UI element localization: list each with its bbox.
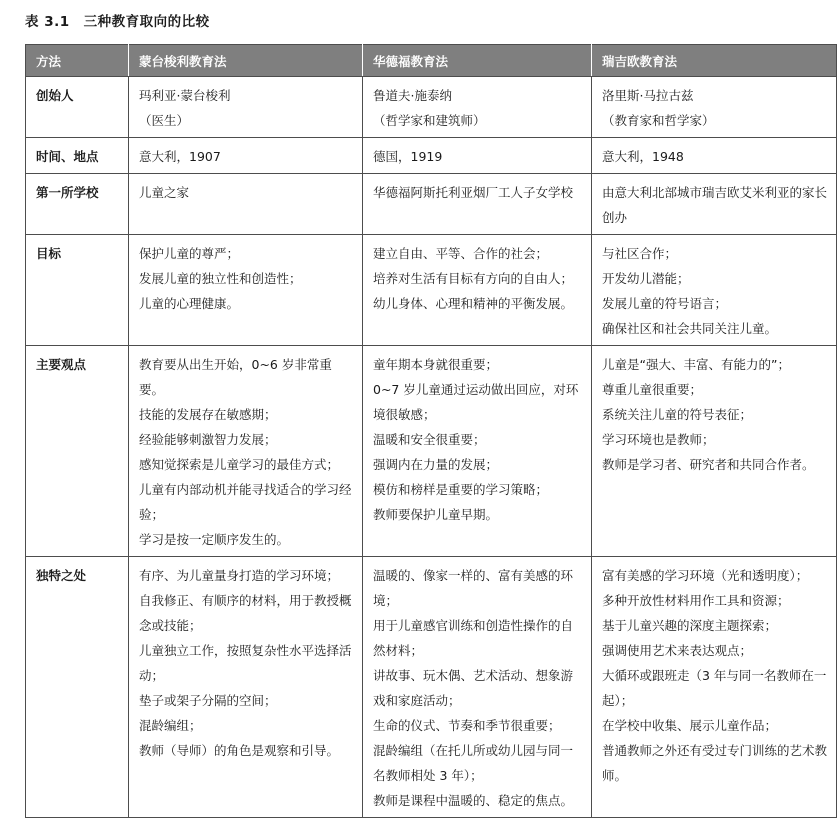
cell-line: 经验能够刺激智力发展； — [139, 427, 354, 452]
cell-line: 教师（导师）的角色是观察和引导。 — [139, 738, 354, 763]
cell-line: 技能的发展存在敏感期； — [139, 402, 354, 427]
cell-line: 垫子或架子分隔的空间； — [139, 688, 354, 713]
table-cell: 教育要从出生开始，0~6 岁非常重要。技能的发展存在敏感期；经验能够刺激智力发展… — [129, 346, 363, 557]
cell-line: 童年期本身就很重要； — [373, 352, 583, 377]
cell-line: 自我修正、有顺序的材料，用于教授概念或技能； — [139, 588, 354, 638]
table-cell: 与社区合作；开发幼儿潜能；发展儿童的符号语言；确保社区和社会共同关注儿童。 — [592, 235, 837, 346]
cell-line: 玛利亚·蒙台梭利 — [139, 83, 354, 108]
cell-line: 儿童的心理健康。 — [139, 291, 354, 316]
cell-line: （教育家和哲学家） — [602, 108, 828, 133]
cell-line: 开发幼儿潜能； — [602, 266, 828, 291]
cell-line: 感知觉探索是儿童学习的最佳方式； — [139, 452, 354, 477]
cell-line: 儿童之家 — [139, 180, 354, 205]
cell-line: 教师是学习者、研究者和共同合作者。 — [602, 452, 828, 477]
table-cell: 保护儿童的尊严；发展儿童的独立性和创造性；儿童的心理健康。 — [129, 235, 363, 346]
row-label: 创始人 — [26, 77, 129, 138]
table-cell: 有序、为儿童量身打造的学习环境；自我修正、有顺序的材料，用于教授概念或技能；儿童… — [129, 557, 363, 818]
cell-line: 用于儿童感官训练和创造性操作的自然材料； — [373, 613, 583, 663]
column-header-reggio: 瑞吉欧教育法 — [592, 45, 837, 77]
cell-line: 混龄编组； — [139, 713, 354, 738]
table-cell: 富有美感的学习环境（光和透明度）；多种开放性材料用作工具和资源；基于儿童兴趣的深… — [592, 557, 837, 818]
cell-line: 教师要保护儿童早期。 — [373, 502, 583, 527]
column-header-montessori: 蒙台梭利教育法 — [129, 45, 363, 77]
cell-line: 温暖的、像家一样的、富有美感的环境； — [373, 563, 583, 613]
table-cell: 洛里斯·马拉古兹（教育家和哲学家） — [592, 77, 837, 138]
table-cell: 华德福阿斯托利亚烟厂工人子女学校 — [363, 174, 592, 235]
column-header-method: 方法 — [26, 45, 129, 77]
row-label: 主要观点 — [26, 346, 129, 557]
cell-line: 建立自由、平等、合作的社会； — [373, 241, 583, 266]
table-cell: 儿童之家 — [129, 174, 363, 235]
table-cell: 由意大利北部城市瑞吉欧艾米利亚的家长创办 — [592, 174, 837, 235]
table-cell: 意大利，1948 — [592, 138, 837, 174]
cell-line: 保护儿童的尊严； — [139, 241, 354, 266]
cell-line: 鲁道夫·施泰纳 — [373, 83, 583, 108]
table-row: 第一所学校儿童之家华德福阿斯托利亚烟厂工人子女学校由意大利北部城市瑞吉欧艾米利亚… — [26, 174, 837, 235]
cell-line: （医生） — [139, 108, 354, 133]
cell-line: 意大利，1907 — [139, 144, 354, 169]
cell-line: 在学校中收集、展示儿童作品； — [602, 713, 828, 738]
cell-line: 模仿和榜样是重要的学习策略； — [373, 477, 583, 502]
cell-line: 有序、为儿童量身打造的学习环境； — [139, 563, 354, 588]
table-cell: 意大利，1907 — [129, 138, 363, 174]
cell-line: 教育要从出生开始，0~6 岁非常重要。 — [139, 352, 354, 402]
cell-line: 温暖和安全很重要； — [373, 427, 583, 452]
column-header-waldorf: 华德福教育法 — [363, 45, 592, 77]
cell-line: 富有美感的学习环境（光和透明度）； — [602, 563, 828, 588]
table-row: 目标保护儿童的尊严；发展儿童的独立性和创造性；儿童的心理健康。建立自由、平等、合… — [26, 235, 837, 346]
table-row: 主要观点教育要从出生开始，0~6 岁非常重要。技能的发展存在敏感期；经验能够刺激… — [26, 346, 837, 557]
cell-line: （哲学家和建筑师） — [373, 108, 583, 133]
cell-line: 0~7 岁儿童通过运动做出回应，对环境很敏感； — [373, 377, 583, 427]
cell-line: 儿童有内部动机并能寻找适合的学习经验； — [139, 477, 354, 527]
table-cell: 温暖的、像家一样的、富有美感的环境；用于儿童感官训练和创造性操作的自然材料；讲故… — [363, 557, 592, 818]
cell-line: 儿童独立工作，按照复杂性水平选择活动； — [139, 638, 354, 688]
cell-line: 培养对生活有目标有方向的自由人； — [373, 266, 583, 291]
cell-line: 强调使用艺术来表达观点； — [602, 638, 828, 663]
table-cell: 儿童是“强大、丰富、有能力的”；尊重儿童很重要；系统关注儿童的符号表征；学习环境… — [592, 346, 837, 557]
table-row: 时间、地点意大利，1907德国，1919意大利，1948 — [26, 138, 837, 174]
table-row: 独特之处有序、为儿童量身打造的学习环境；自我修正、有顺序的材料，用于教授概念或技… — [26, 557, 837, 818]
cell-line: 强调内在力量的发展； — [373, 452, 583, 477]
cell-line: 德国，1919 — [373, 144, 583, 169]
cell-line: 多种开放性材料用作工具和资源； — [602, 588, 828, 613]
cell-line: 普通教师之外还有受过专门训练的艺术教师。 — [602, 738, 828, 788]
cell-line: 混龄编组（在托儿所或幼儿园与同一名教师相处 3 年）； — [373, 738, 583, 788]
row-label: 第一所学校 — [26, 174, 129, 235]
cell-line: 儿童是“强大、丰富、有能力的”； — [602, 352, 828, 377]
row-label: 独特之处 — [26, 557, 129, 818]
cell-line: 发展儿童的独立性和创造性； — [139, 266, 354, 291]
document-page: 表 3.1 三种教育取向的比较 方法 蒙台梭利教育法 华德福教育法 瑞吉欧教育法… — [0, 0, 840, 717]
cell-line: 发展儿童的符号语言； — [602, 291, 828, 316]
row-label: 目标 — [26, 235, 129, 346]
table-cell: 鲁道夫·施泰纳（哲学家和建筑师） — [363, 77, 592, 138]
cell-line: 与社区合作； — [602, 241, 828, 266]
cell-line: 华德福阿斯托利亚烟厂工人子女学校 — [373, 180, 583, 205]
cell-line: 基于儿童兴趣的深度主题探索； — [602, 613, 828, 638]
row-label: 时间、地点 — [26, 138, 129, 174]
table-cell: 玛利亚·蒙台梭利（医生） — [129, 77, 363, 138]
table-cell: 建立自由、平等、合作的社会；培养对生活有目标有方向的自由人；幼儿身体、心理和精神… — [363, 235, 592, 346]
cell-line: 确保社区和社会共同关注儿童。 — [602, 316, 828, 341]
cell-line: 由意大利北部城市瑞吉欧艾米利亚的家长创办 — [602, 180, 828, 230]
cell-line: 意大利，1948 — [602, 144, 828, 169]
comparison-table: 方法 蒙台梭利教育法 华德福教育法 瑞吉欧教育法 创始人玛利亚·蒙台梭利（医生）… — [25, 44, 837, 818]
table-cell: 德国，1919 — [363, 138, 592, 174]
cell-line: 洛里斯·马拉古兹 — [602, 83, 828, 108]
cell-line: 学习是按一定顺序发生的。 — [139, 527, 354, 552]
header-row: 方法 蒙台梭利教育法 华德福教育法 瑞吉欧教育法 — [26, 45, 837, 77]
cell-line: 大循环或跟班走（3 年与同一名教师在一起）； — [602, 663, 828, 713]
cell-line: 幼儿身体、心理和精神的平衡发展。 — [373, 291, 583, 316]
table-title: 表 3.1 三种教育取向的比较 — [25, 10, 836, 30]
cell-line: 教师是课程中温暖的、稳定的焦点。 — [373, 788, 583, 813]
cell-line: 系统关注儿童的符号表征； — [602, 402, 828, 427]
cell-line: 生命的仪式、节奏和季节很重要； — [373, 713, 583, 738]
cell-line: 讲故事、玩木偶、艺术活动、想象游戏和家庭活动； — [373, 663, 583, 713]
cell-line: 学习环境也是教师； — [602, 427, 828, 452]
table-row: 创始人玛利亚·蒙台梭利（医生）鲁道夫·施泰纳（哲学家和建筑师）洛里斯·马拉古兹（… — [26, 77, 837, 138]
cell-line: 尊重儿童很重要； — [602, 377, 828, 402]
table-cell: 童年期本身就很重要；0~7 岁儿童通过运动做出回应，对环境很敏感；温暖和安全很重… — [363, 346, 592, 557]
